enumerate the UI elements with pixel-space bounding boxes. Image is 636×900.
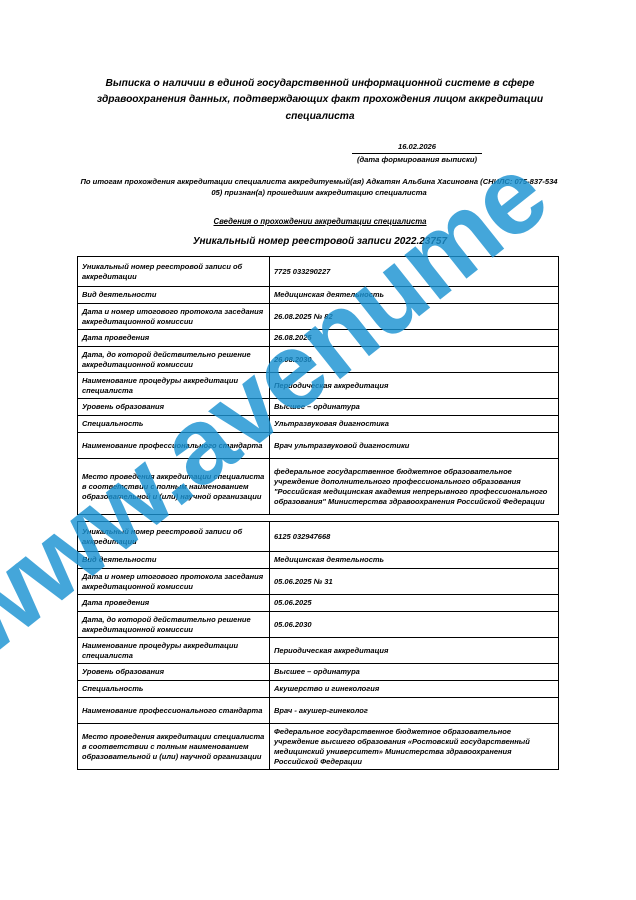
row-label: Дата проведения	[78, 330, 270, 347]
row-value: Ультразвуковая диагностика	[270, 416, 559, 433]
section-heading: Сведения о прохождении аккредитации спец…	[80, 217, 560, 226]
row-label: Вид деятельности	[78, 287, 270, 304]
intro-paragraph: По итогам прохождения аккредитации специ…	[74, 176, 564, 198]
row-value: Врач ультразвуковой диагностики	[270, 433, 559, 459]
row-label: Вид деятельности	[78, 552, 270, 569]
row-label: Наименование процедуры аккредитации спец…	[78, 638, 270, 664]
row-label: Дата проведения	[78, 595, 270, 612]
table-row: Уникальный номер реестровой записи об ак…	[78, 257, 559, 287]
table-row: Вид деятельностиМедицинская деятельность	[78, 552, 559, 569]
row-label: Уровень образования	[78, 664, 270, 681]
table-row: СпециальностьАкушерство и гинекология	[78, 681, 559, 698]
row-value: 26.08.2030	[270, 347, 559, 373]
row-label: Наименование профессионального стандарта	[78, 698, 270, 724]
row-value: 05.06.2030	[270, 612, 559, 638]
row-value: Периодическая аккредитация	[270, 373, 559, 399]
table-row: Дата, до которой действительно решение а…	[78, 347, 559, 373]
table-row: Дата, до которой действительно решение а…	[78, 612, 559, 638]
table-row: Уровень образованияВысшее – ординатура	[78, 399, 559, 416]
row-value: 26.08.2025	[270, 330, 559, 347]
row-label: Уникальный номер реестровой записи об ак…	[78, 257, 270, 287]
table-row: Место проведения аккредитации специалист…	[78, 724, 559, 770]
row-value: Высшее – ординатура	[270, 664, 559, 681]
row-value: 05.06.2025 № 31	[270, 569, 559, 595]
row-label: Дата, до которой действительно решение а…	[78, 612, 270, 638]
table-row: Наименование профессионального стандарта…	[78, 433, 559, 459]
table-row: Наименование процедуры аккредитации спец…	[78, 638, 559, 664]
row-label: Специальность	[78, 681, 270, 698]
accreditation-table-1: Уникальный номер реестровой записи об ак…	[77, 256, 559, 515]
row-label: Место проведения аккредитации специалист…	[78, 724, 270, 770]
table-row: Наименование профессионального стандарта…	[78, 698, 559, 724]
row-value: Высшее – ординатура	[270, 399, 559, 416]
row-value: 26.08.2025 № 82	[270, 304, 559, 330]
table-row: Дата проведения26.08.2025	[78, 330, 559, 347]
record-heading: Уникальный номер реестровой записи 2022.…	[80, 236, 560, 247]
row-value: Врач - акушер-гинеколог	[270, 698, 559, 724]
row-value: Федеральное государственное бюджетное об…	[270, 724, 559, 770]
row-label: Наименование профессионального стандарта	[78, 433, 270, 459]
table-row: Дата и номер итогового протокола заседан…	[78, 304, 559, 330]
row-value: 6125 032947668	[270, 522, 559, 552]
row-value: Периодическая аккредитация	[270, 638, 559, 664]
row-label: Уникальный номер реестровой записи об ак…	[78, 522, 270, 552]
table-row: СпециальностьУльтразвуковая диагностика	[78, 416, 559, 433]
row-label: Дата и номер итогового протокола заседан…	[78, 569, 270, 595]
row-label: Специальность	[78, 416, 270, 433]
row-value: 05.06.2025	[270, 595, 559, 612]
row-label: Место проведения аккредитации специалист…	[78, 459, 270, 515]
row-label: Дата и номер итогового протокола заседан…	[78, 304, 270, 330]
table-row: Уровень образованияВысшее – ординатура	[78, 664, 559, 681]
row-value: 7725 033290227	[270, 257, 559, 287]
row-label: Дата, до которой действительно решение а…	[78, 347, 270, 373]
extract-date-caption: (дата формирования выписки)	[352, 154, 482, 165]
document-title: Выписка о наличии в единой государственн…	[80, 76, 560, 125]
row-value: Медицинская деятельность	[270, 287, 559, 304]
date-block: 16.02.2026 (дата формирования выписки)	[352, 141, 482, 165]
row-value: Медицинская деятельность	[270, 552, 559, 569]
row-label: Уровень образования	[78, 399, 270, 416]
table-row: Место проведения аккредитации специалист…	[78, 459, 559, 515]
accreditation-table-2: Уникальный номер реестровой записи об ак…	[77, 521, 559, 770]
table-row: Дата и номер итогового протокола заседан…	[78, 569, 559, 595]
row-value: Акушерство и гинекология	[270, 681, 559, 698]
extract-date: 16.02.2026	[352, 141, 482, 154]
row-label: Наименование процедуры аккредитации спец…	[78, 373, 270, 399]
table-row: Вид деятельностиМедицинская деятельность	[78, 287, 559, 304]
table-row: Наименование процедуры аккредитации спец…	[78, 373, 559, 399]
row-value: федеральное государственное бюджетное об…	[270, 459, 559, 515]
table-row: Дата проведения05.06.2025	[78, 595, 559, 612]
table-row: Уникальный номер реестровой записи об ак…	[78, 522, 559, 552]
